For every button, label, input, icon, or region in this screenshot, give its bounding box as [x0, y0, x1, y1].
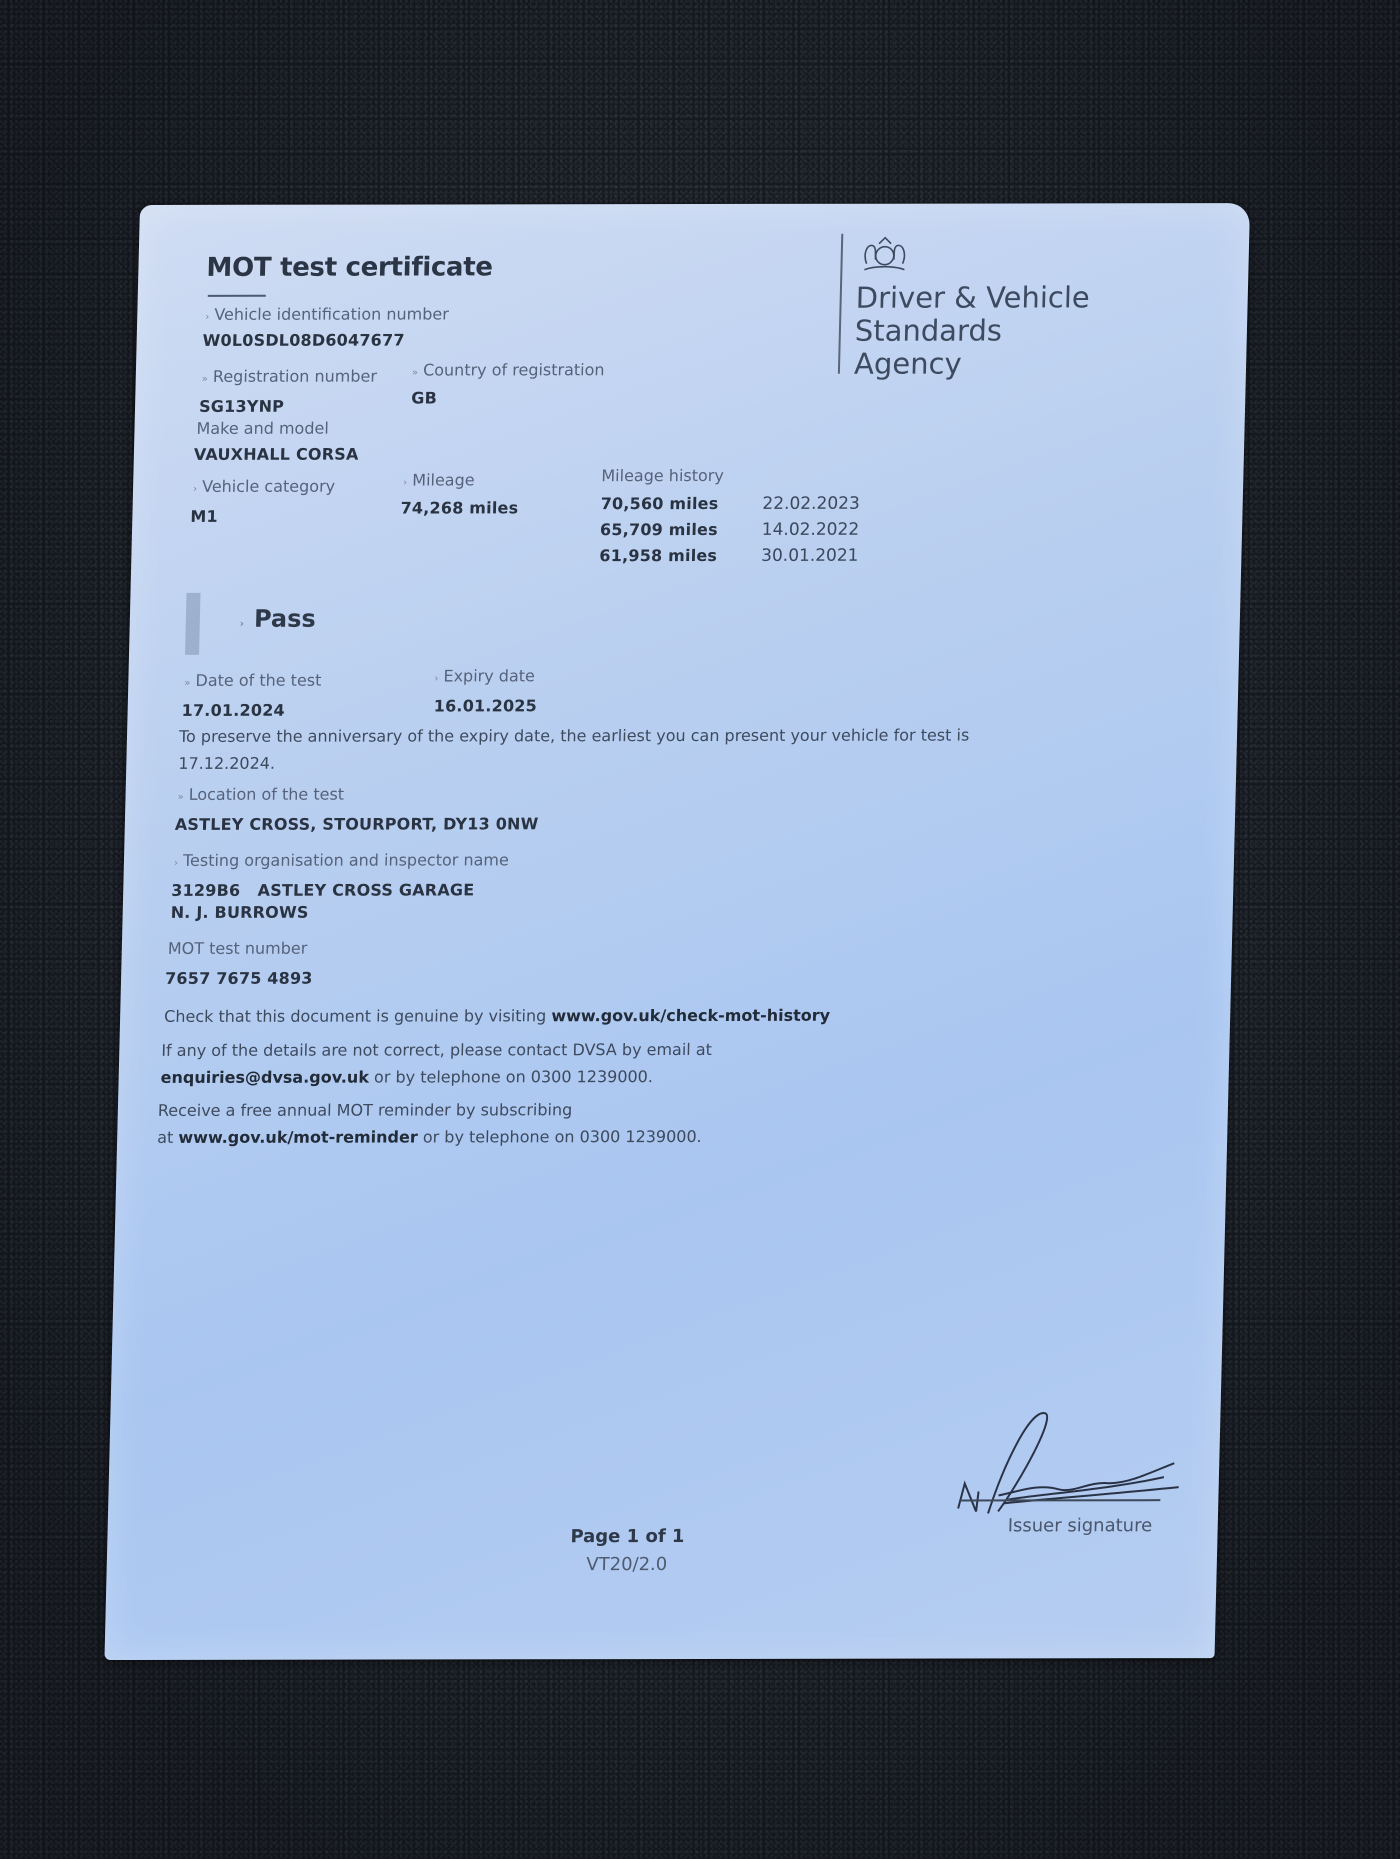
- testing-organisation-value: 3129B6 ASTLEY CROSS GARAGE: [171, 880, 475, 900]
- check-genuine-text: Check that this document is genuine by v…: [164, 1002, 831, 1030]
- mileage-history: Mileage history 70,560 miles 22.02.2023 …: [599, 466, 861, 569]
- country-value: GB: [411, 388, 437, 407]
- history-date: 14.02.2022: [761, 517, 859, 543]
- vehicle-category-label: ›Vehicle category: [193, 477, 335, 496]
- mileage-history-row: 65,709 miles 14.02.2022: [600, 517, 860, 543]
- history-miles: 65,709 miles: [600, 517, 718, 543]
- testing-organisation-label: ›Testing organisation and inspector name: [174, 850, 509, 870]
- mileage-history-row: 70,560 miles 22.02.2023: [600, 491, 860, 517]
- mileage-history-row: 61,958 miles 30.01.2021: [599, 543, 859, 569]
- document-title: MOT test certificate: [206, 252, 493, 282]
- vehicle-category-value: M1: [190, 507, 218, 526]
- inspector-name: N. J. BURROWS: [170, 903, 308, 922]
- agency-name-line-1: Driver & Vehicle: [855, 281, 1090, 314]
- agency-name: Driver & Vehicle Standards Agency: [854, 281, 1090, 380]
- expiry-date-value: 16.01.2025: [434, 696, 538, 715]
- history-miles: 61,958 miles: [599, 543, 717, 569]
- logo-divider: [838, 234, 843, 374]
- mot-reminder-link[interactable]: www.gov.uk/mot-reminder: [178, 1127, 418, 1146]
- mileage-label: ›Mileage: [403, 470, 475, 489]
- mileage-value: 74,268 miles: [400, 498, 518, 517]
- anniversary-note: To preserve the anniversary of the expir…: [178, 722, 970, 777]
- title-underline: [208, 295, 266, 297]
- check-mot-history-link[interactable]: www.gov.uk/check-mot-history: [551, 1006, 830, 1025]
- make-model-label: Make and model: [196, 419, 329, 438]
- dvsa-email-link[interactable]: enquiries@dvsa.gov.uk: [160, 1068, 369, 1087]
- country-label: »Country of registration: [412, 360, 605, 379]
- contact-text: If any of the details are not correct, p…: [160, 1036, 712, 1091]
- make-model-value: VAUXHALL CORSA: [194, 445, 359, 464]
- location-label: »Location of the test: [177, 785, 344, 804]
- vin-value: W0L0SDL08D6047677: [202, 331, 404, 350]
- mot-certificate-sheet: MOT test certificate Driver & Vehicle St…: [104, 203, 1250, 1660]
- issuer-signature-label: Issuer signature: [1007, 1515, 1152, 1536]
- issuer-signature: [948, 1403, 1191, 1523]
- history-miles: 70,560 miles: [600, 491, 718, 517]
- result-status: ›Pass: [240, 605, 317, 633]
- form-version: VT20/2.0: [537, 1554, 718, 1575]
- vin-label: ›Vehicle identification number: [205, 304, 449, 323]
- location-value: ASTLEY CROSS, STOURPORT, DY13 0NW: [175, 814, 539, 834]
- page-number: Page 1 of 1: [537, 1526, 718, 1547]
- royal-coat-of-arms-icon: [856, 234, 913, 276]
- agency-name-line-2: Standards: [855, 314, 1090, 347]
- agency-name-line-3: Agency: [854, 347, 1089, 380]
- test-date-value: 17.01.2024: [181, 701, 285, 720]
- registration-label: »Registration number: [202, 367, 378, 386]
- expiry-date-label: ›Expiry date: [434, 666, 535, 685]
- mileage-history-label: Mileage history: [601, 466, 861, 485]
- reminder-text: Receive a free annual MOT reminder by su…: [157, 1096, 703, 1151]
- registration-value: SG13YNP: [199, 397, 284, 416]
- test-number-label: MOT test number: [168, 939, 308, 958]
- test-date-label: »Date of the test: [184, 671, 322, 690]
- test-number-value: 7657 7675 4893: [165, 969, 313, 988]
- history-date: 30.01.2021: [761, 543, 859, 569]
- result-indicator-bar: [185, 593, 201, 655]
- history-date: 22.02.2023: [762, 491, 860, 517]
